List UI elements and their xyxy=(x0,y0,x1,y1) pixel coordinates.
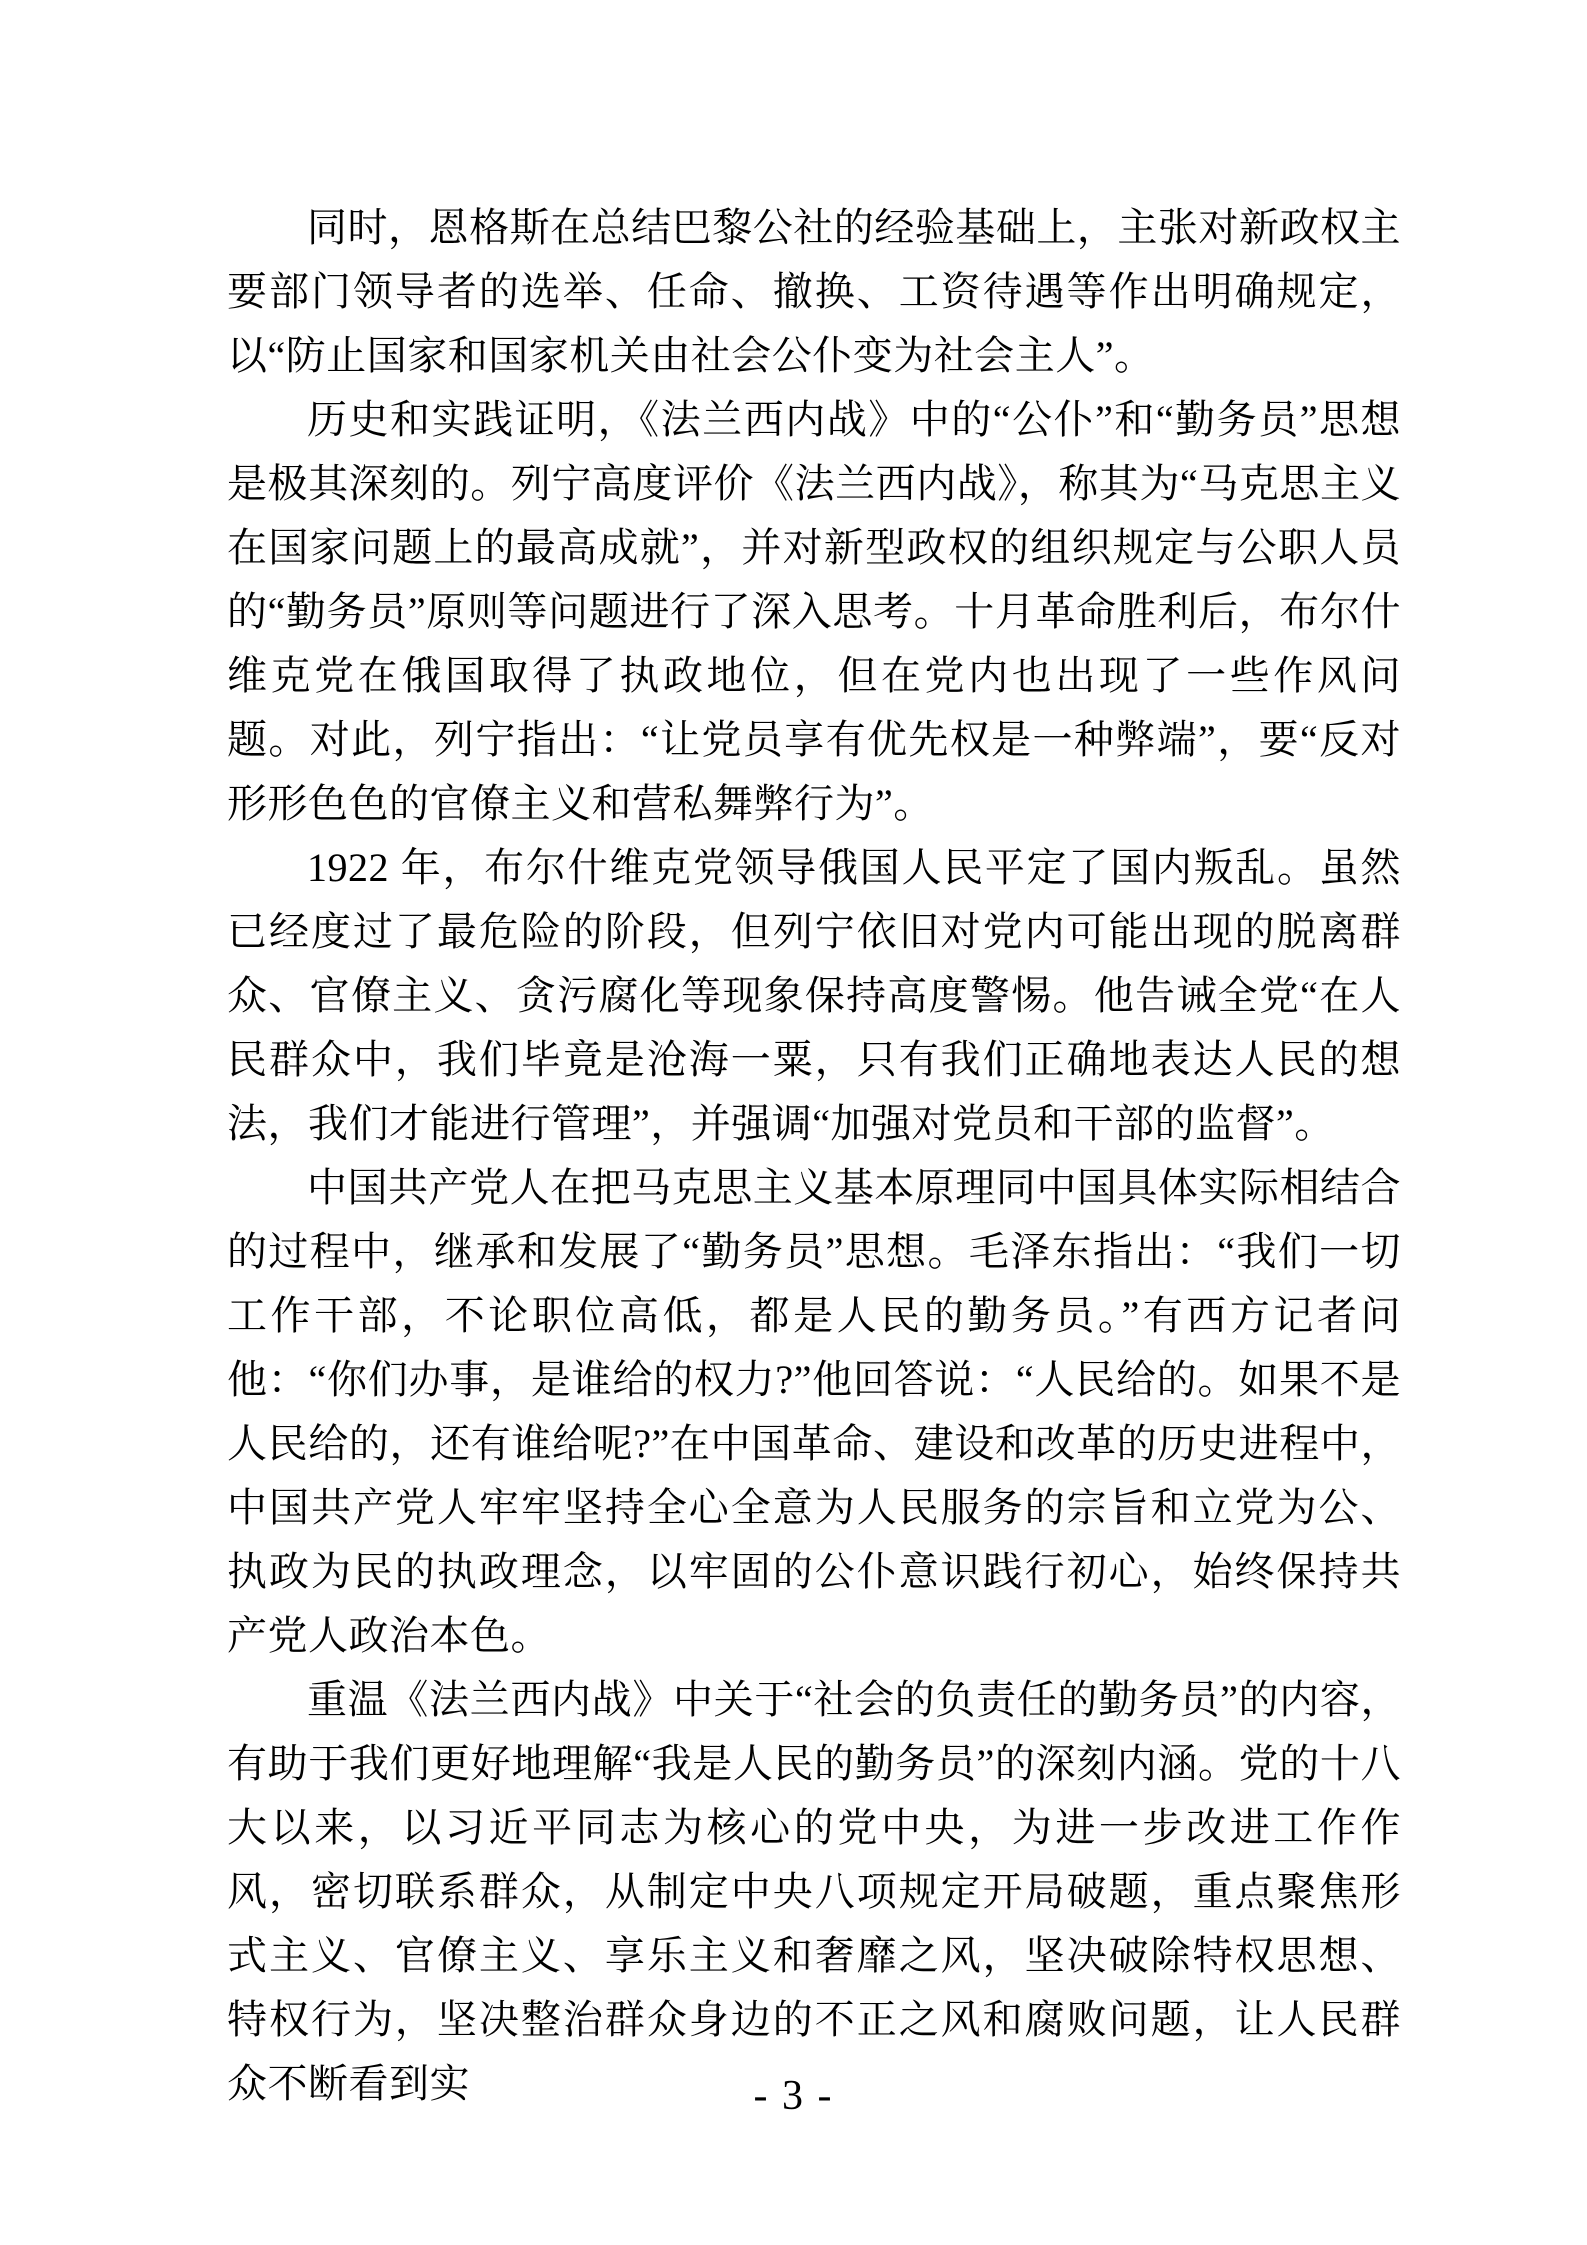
document-page: 同时，恩格斯在总结巴黎公社的经验基础上，主张对新政权主要部门领导者的选举、任命、… xyxy=(0,0,1587,2245)
document-body: 同时，恩格斯在总结巴黎公社的经验基础上，主张对新政权主要部门领导者的选举、任命、… xyxy=(227,196,1401,2116)
paragraph-2: 历史和实践证明，《法兰西内战》中的“公仆”和“勤务员”思想是极其深刻的。列宁高度… xyxy=(227,388,1401,836)
paragraph-4: 中国共产党人在把马克思主义基本原理同中国具体实际相结合的过程中，继承和发展了“勤… xyxy=(227,1156,1401,1668)
page-number: - 3 - xyxy=(754,2073,834,2119)
page-footer: - 3 - xyxy=(0,2070,1587,2122)
paragraph-5: 重温《法兰西内战》中关于“社会的负责任的勤务员”的内容，有助于我们更好地理解“我… xyxy=(227,1668,1401,2116)
paragraph-1: 同时，恩格斯在总结巴黎公社的经验基础上，主张对新政权主要部门领导者的选举、任命、… xyxy=(227,196,1401,388)
paragraph-3: 1922 年，布尔什维克党领导俄国人民平定了国内叛乱。虽然已经度过了最危险的阶段… xyxy=(227,836,1401,1156)
